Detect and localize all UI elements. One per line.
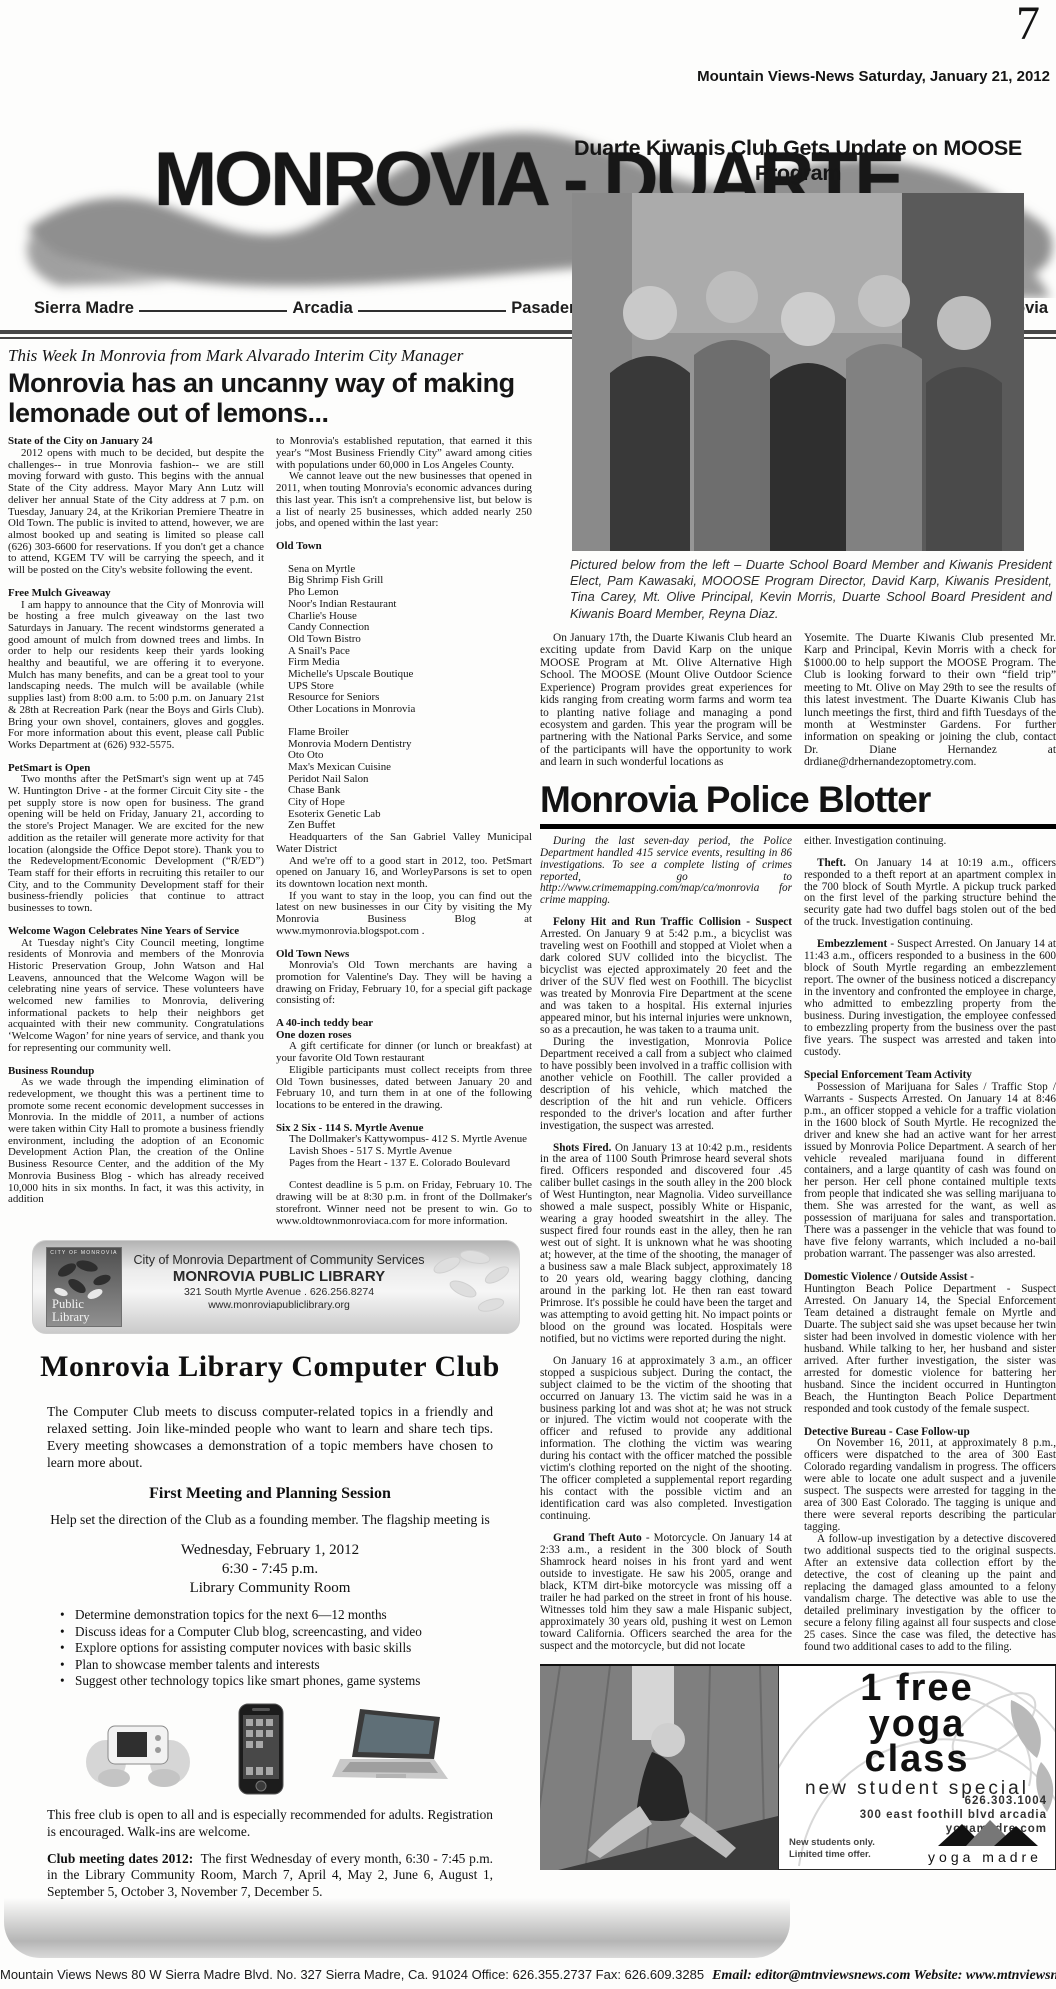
text-block: At Tuesday night's City Council meeting,… <box>8 938 264 1055</box>
flyer-dates: Club meeting dates 2012: The first Wedne… <box>47 1851 493 1901</box>
police-blotter-headline: Monrovia Police Blotter <box>540 781 1056 829</box>
text-block: Two months after the PetSmart's sign wen… <box>8 774 264 914</box>
blotter-entry: Shots Fired. On January 13 at 10:42 p.m.… <box>540 1143 792 1346</box>
text-block: On January 16 at approximately 3 a.m., a… <box>540 1356 792 1523</box>
yoga-ad-line3: class <box>779 1742 1055 1776</box>
yoga-photo <box>540 1666 778 1870</box>
text-block: Yosemite. The Duarte Kiwanis Club presen… <box>804 632 1056 769</box>
article-column-1: State of the City on January 242012 open… <box>8 436 264 1227</box>
text-block: Lavish Shoes - 517 S. Myrtle Avenue <box>276 1146 532 1158</box>
text-block: to Monrovia's established reputation, th… <box>276 436 532 471</box>
city-label: Arcadia <box>292 299 353 318</box>
text-block: Monrovia's Old Town merchants are having… <box>276 960 532 1007</box>
flyer-title: Monrovia Library Computer Club <box>19 1350 521 1384</box>
yoga-ad-panel: 1 free yoga class new student special 62… <box>778 1666 1056 1870</box>
text-block: If you want to stay in the loop, you can… <box>276 891 532 938</box>
meeting-date: Wednesday, February 1, 2012 <box>19 1541 521 1560</box>
section-heading: Welcome Wagon Celebrates Nine Years of S… <box>8 926 264 938</box>
kiwanis-columns: On January 17th, the Duarte Kiwanis Club… <box>540 632 1056 769</box>
text-block: On January 17th, the Duarte Kiwanis Club… <box>540 632 792 769</box>
footer-info: Mountain Views News 80 W Sierra Madre Bl… <box>0 1967 704 1982</box>
page-footer: Mountain Views News 80 W Sierra Madre Bl… <box>0 1966 1056 1984</box>
list-item: Michelle's Upscale Boutique <box>276 669 532 681</box>
photo-caption: Pictured below from the left – Duarte Sc… <box>570 557 1052 622</box>
yoga-fine-print: New students only. Limited time offer. <box>789 1837 875 1861</box>
text-block: I am happy to announce that the City of … <box>8 600 264 752</box>
device-images <box>19 1697 521 1801</box>
list-item: Plan to showcase member talents and inte… <box>55 1657 485 1673</box>
paper-dateline: Mountain Views-News Saturday, January 21… <box>697 68 1050 85</box>
yoga-phone: 626.303.1004 <box>860 1794 1047 1808</box>
blotter-intro: During the last seven-day period, the Po… <box>540 836 792 908</box>
text-block: Pages from the Heart - 137 E. Colorado B… <box>276 1158 532 1170</box>
blotter-entry: Embezzlement - Suspect Arrested. On Janu… <box>804 939 1056 1059</box>
blotter-entry: Theft. On January 14 at 10:19 a.m., offi… <box>804 858 1056 930</box>
library-ad: CITY OF MONROVIA Public Library City of … <box>32 1240 520 1334</box>
leaf-decoration-icon <box>427 1245 515 1331</box>
city-label: Sierra Madre <box>34 299 134 318</box>
computer-club-flyer: Monrovia Library Computer Club The Compu… <box>19 1350 521 1902</box>
flyer-bullet-list: Determine demonstration topics for the n… <box>55 1607 485 1689</box>
library-ad-name: MONROVIA PUBLIC LIBRARY <box>129 1268 429 1285</box>
duarte-police-section: Duarte Kiwanis Club Gets Update on MOOSE… <box>540 136 1056 1982</box>
list-item: Other Locations in Monrovia <box>276 704 532 716</box>
handheld-game-icon <box>84 1710 192 1788</box>
library-ad-address: 321 South Myrtle Avenue . 626.256.8274 <box>129 1286 429 1298</box>
list-item: City of Hope <box>276 797 532 809</box>
text-block: Contest deadline is 5 p.m. on Friday, Fe… <box>276 1180 532 1227</box>
divider-line <box>358 310 506 312</box>
flyer-dates-lead: Club meeting dates 2012: <box>47 1851 193 1866</box>
meeting-time: 6:30 - 7:45 p.m. <box>19 1560 521 1579</box>
divider-line <box>139 310 287 312</box>
text-block: And we're off to a good start in 2012, t… <box>276 856 532 891</box>
list-item: Noor's Indian Restaurant <box>276 599 532 611</box>
list-item: Flame Broiler <box>276 727 532 739</box>
police-blotter-columns: During the last seven-day period, the Po… <box>540 836 1056 1654</box>
text-block: Headquarters of the San Gabriel Valley M… <box>276 832 532 855</box>
mountains-logo-icon <box>930 1818 1040 1848</box>
yoga-madre-logo: yoga madre <box>925 1818 1045 1865</box>
list-item: Old Town Bistro <box>276 634 532 646</box>
text-block: Eligible participants must collect recei… <box>276 1065 532 1112</box>
flyer-subhead: First Meeting and Planning Session <box>19 1485 521 1503</box>
article-headline: Monrovia has an uncanny way of making le… <box>8 369 532 428</box>
text-block: During the investigation, Monrovia Polic… <box>540 1037 792 1133</box>
city-manager-section: This Week In Monrovia from Mark Alvarado… <box>8 346 532 1902</box>
fine-print-line: Limited time offer. <box>789 1849 875 1861</box>
list-item: Determine demonstration topics for the n… <box>55 1607 485 1623</box>
text-block: As we wade through the impending elimina… <box>8 1077 264 1206</box>
section-heading: Special Enforcement Team Activity <box>804 1070 1056 1082</box>
flyer-intro: The Computer Club meets to discuss compu… <box>47 1404 493 1471</box>
list-item: Discuss ideas for a Computer Club blog, … <box>55 1624 485 1640</box>
footer-contact: Email: editor@mtnviewsnews.com Website: … <box>712 1968 1056 1983</box>
text-block: We cannot leave out the new businesses t… <box>276 471 532 530</box>
kiwanis-column-1: On January 17th, the Duarte Kiwanis Club… <box>540 632 792 769</box>
list-item: Max's Mexican Cuisine <box>276 762 532 774</box>
text-block: Possession of Marijuana for Sales / Traf… <box>804 1082 1056 1261</box>
library-ad-text: City of Monrovia Department of Community… <box>129 1253 429 1311</box>
flyer-open-note: This free club is open to all and is esp… <box>47 1807 493 1840</box>
library-logo-name: Public Library <box>52 1298 121 1323</box>
text-block: Huntington Beach Police Department - Sus… <box>804 1284 1056 1415</box>
library-ad-line: City of Monrovia Department of Community… <box>129 1253 429 1267</box>
section-heading: Old Town <box>276 541 532 553</box>
fine-print-line: New students only. <box>789 1837 875 1849</box>
kiwanis-photo <box>572 193 1024 551</box>
blotter-entry: Felony Hit and Run Traffic Collision - S… <box>540 917 792 1037</box>
library-ad-url: www.monroviapubliclibrary.org <box>129 1299 429 1311</box>
text-block: A follow-up investigation by a detective… <box>804 1534 1056 1654</box>
yoga-madre-name: yoga madre <box>925 1849 1045 1865</box>
prize-item: A 40-inch teddy bear <box>276 1018 532 1030</box>
text-block: 2012 opens with much to be decided, but … <box>8 448 264 577</box>
library-logo: CITY OF MONROVIA Public Library <box>46 1247 122 1327</box>
yoga-ad: 1 free yoga class new student special 62… <box>540 1664 1056 1870</box>
yoga-ad-line1: 1 free <box>779 1670 1055 1706</box>
blotter-column-2: either. Investigation continuing.Theft. … <box>804 836 1056 1654</box>
smartphone-icon <box>238 1703 284 1795</box>
text-block: On November 16, 2011, at approximately 8… <box>804 1438 1056 1534</box>
flyer-lead: Help set the direction of the Club as a … <box>19 1512 521 1528</box>
list-item: Suggest other technology topics like sma… <box>55 1673 485 1689</box>
article-kicker: This Week In Monrovia from Mark Alvarado… <box>8 346 532 366</box>
yoga-ad-line2: yoga <box>779 1706 1055 1742</box>
article-column-2: to Monrovia's established reputation, th… <box>276 436 532 1227</box>
kiwanis-column-2: Yosemite. The Duarte Kiwanis Club presen… <box>804 632 1056 769</box>
blotter-entry: Grand Theft Auto - Motorcycle. On Januar… <box>540 1533 792 1653</box>
blotter-column-1: During the last seven-day period, the Po… <box>540 836 792 1654</box>
page-number: 7 <box>1016 0 1040 48</box>
meeting-room: Library Community Room <box>19 1579 521 1598</box>
flyer-meeting-when: Wednesday, February 1, 2012 6:30 - 7:45 … <box>19 1541 521 1598</box>
text-block: either. Investigation continuing. <box>804 836 1056 848</box>
section-heading: Free Mulch Giveaway <box>8 588 264 600</box>
laptop-icon <box>330 1707 456 1791</box>
article-columns: State of the City on January 242012 open… <box>8 436 532 1227</box>
list-item: Explore options for assisting computer n… <box>55 1640 485 1656</box>
kiwanis-headline: Duarte Kiwanis Club Gets Update on MOOSE… <box>540 136 1056 186</box>
text-block: A gift certificate for dinner (or lunch … <box>276 1041 532 1064</box>
